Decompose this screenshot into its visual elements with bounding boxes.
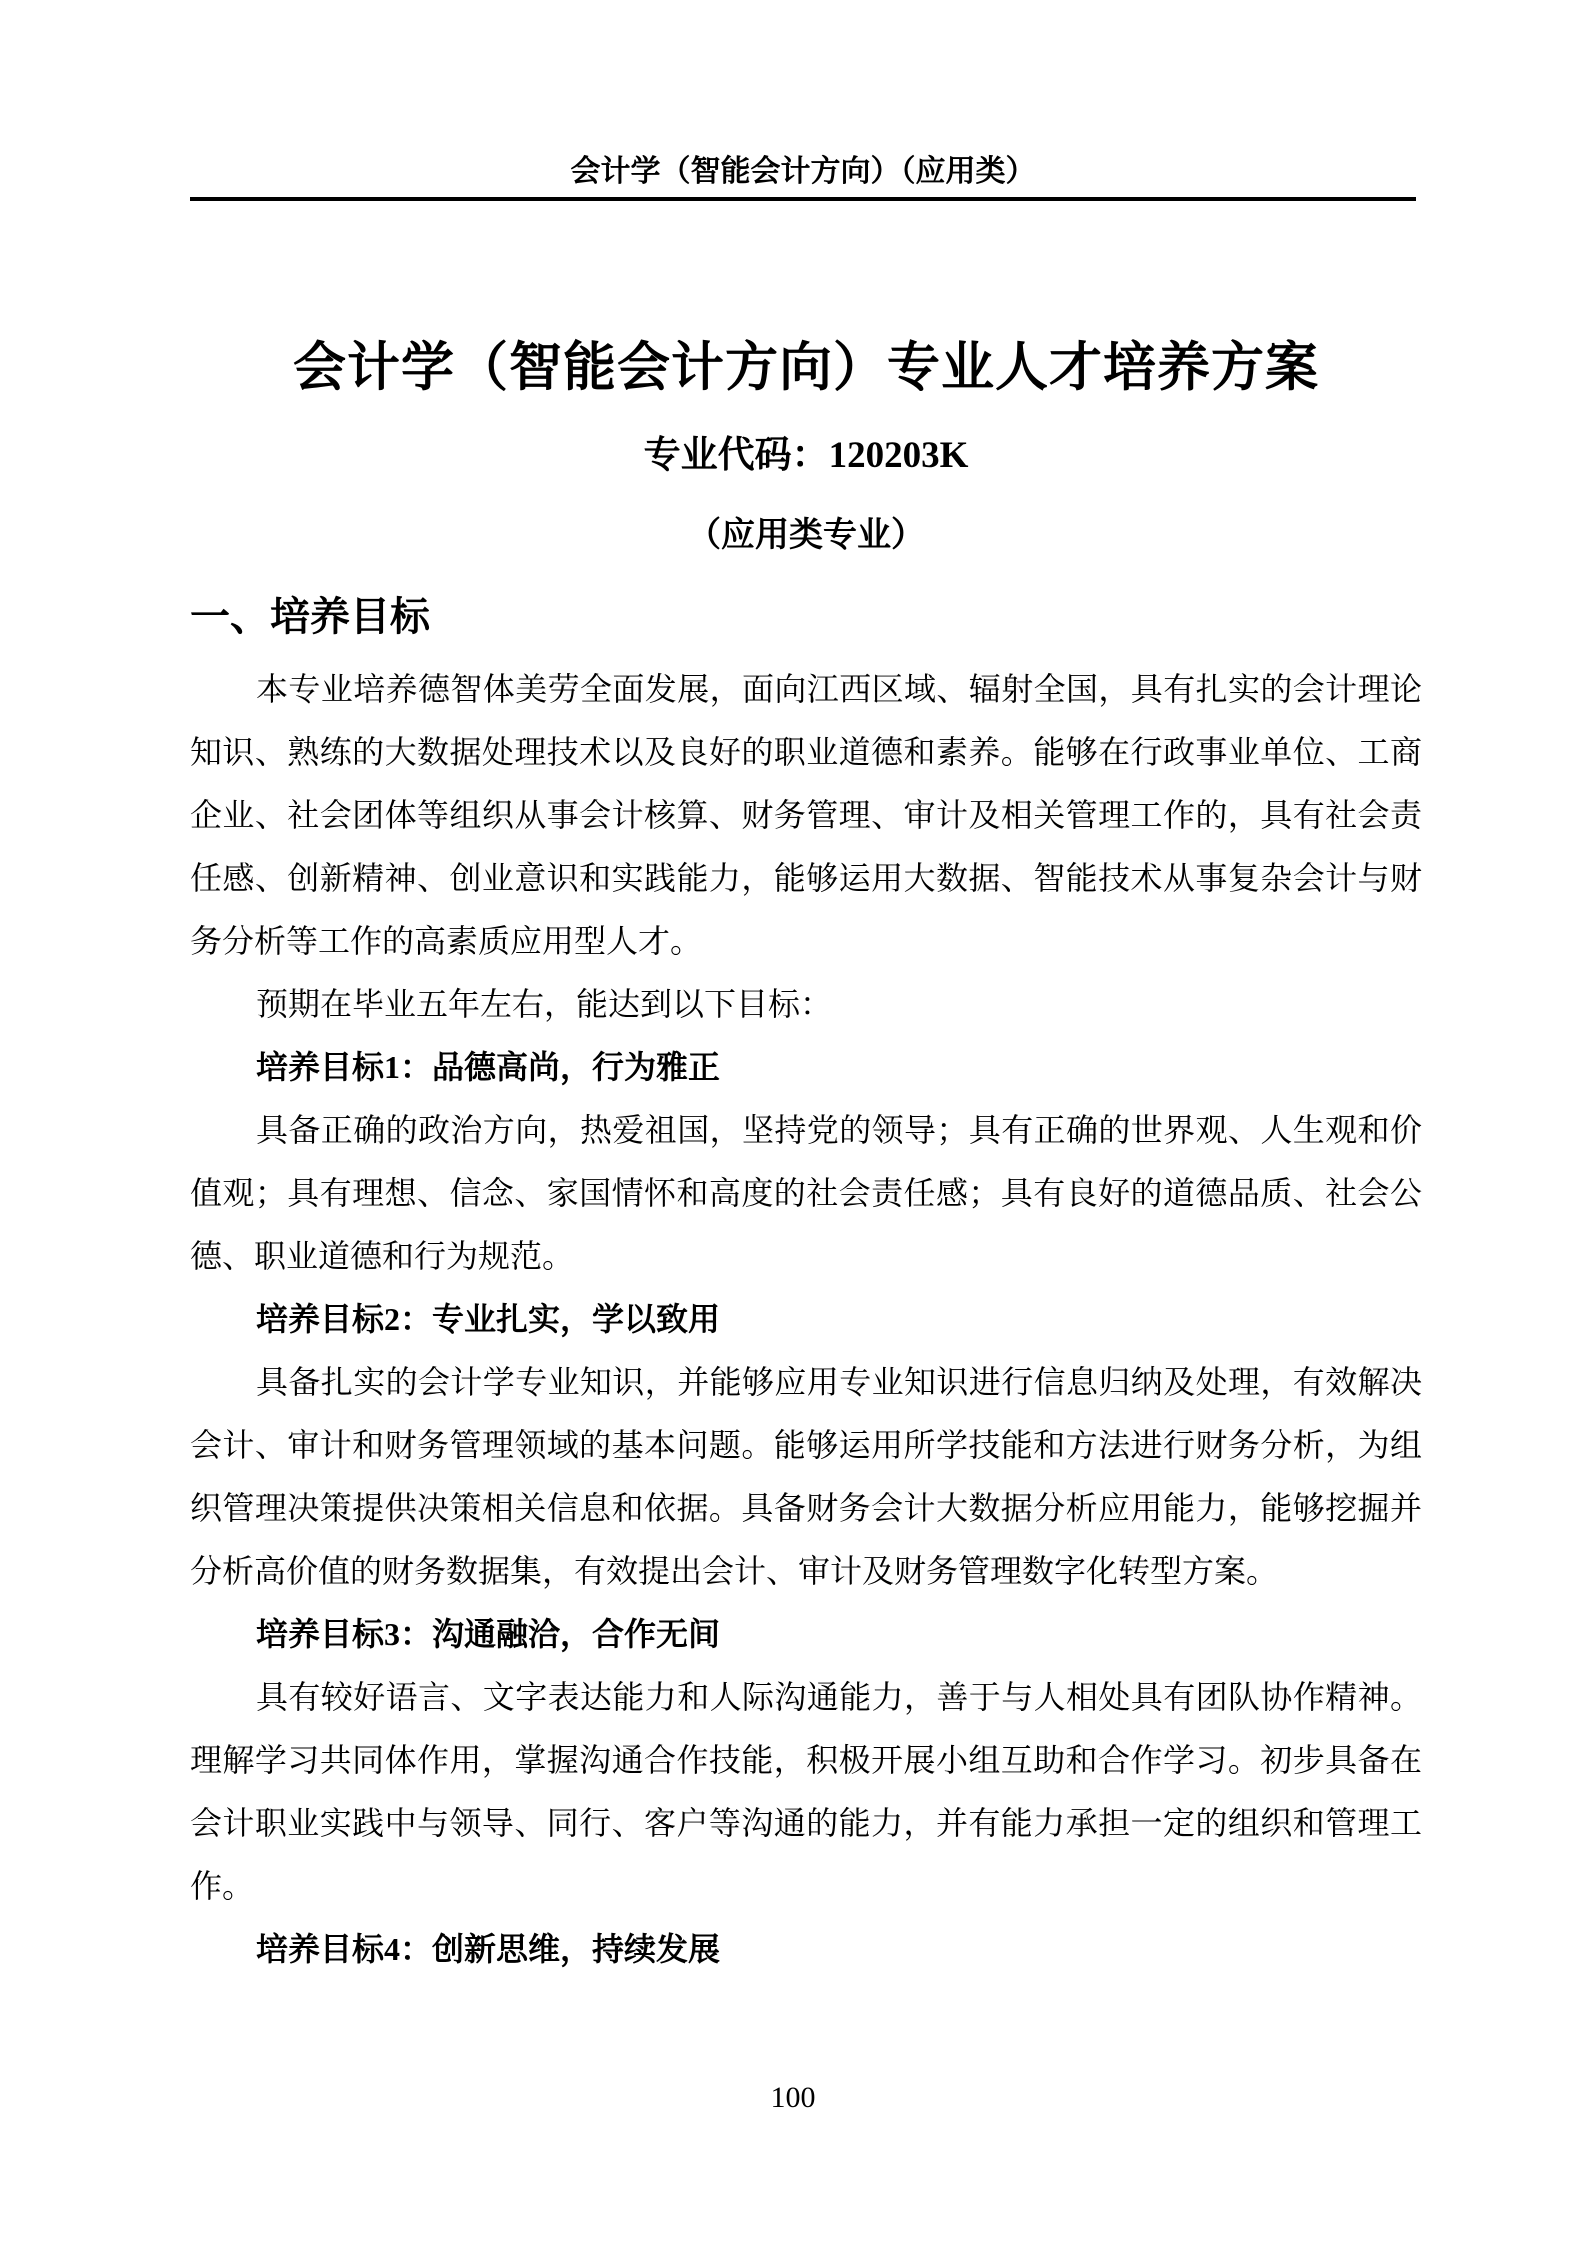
document-page: 会计学（智能会计方向）（应用类） 会计学（智能会计方向）专业人才培养方案 专业代… — [0, 0, 1586, 2245]
goal-1-body: 具备正确的政治方向，热爱祖国，坚持党的领导；具有正确的世界观、人生观和价值观；具… — [190, 1099, 1422, 1288]
page-header: 会计学（智能会计方向）（应用类） — [190, 155, 1416, 201]
header-title: 会计学（智能会计方向）（应用类） — [571, 155, 1036, 188]
intro-paragraph: 本专业培养德智体美劳全面发展，面向江西区域、辐射全国，具有扎实的会计理论知识、熟… — [190, 658, 1422, 973]
page-number: 100 — [0, 2082, 1586, 2114]
document-body: 会计学（智能会计方向）专业人才培养方案 专业代码：120203K （应用类专业）… — [190, 340, 1422, 1981]
major-code: 专业代码：120203K — [190, 434, 1422, 478]
goal-4-heading: 培养目标4：创新思维，持续发展 — [190, 1918, 1422, 1981]
goal-3-heading: 培养目标3：沟通融洽，合作无间 — [190, 1603, 1422, 1666]
goal-1-heading: 培养目标1：品德高尚，行为雅正 — [190, 1036, 1422, 1099]
section-heading-training-objectives: 一、培养目标 — [190, 594, 1422, 640]
category-label: （应用类专业） — [190, 514, 1422, 558]
goal-3-body: 具有较好语言、文字表达能力和人际沟通能力，善于与人相处具有团队协作精神。理解学习… — [190, 1666, 1422, 1918]
document-title: 会计学（智能会计方向）专业人才培养方案 — [190, 340, 1422, 396]
lead-sentence: 预期在毕业五年左右，能达到以下目标： — [190, 973, 1422, 1036]
goal-2-heading: 培养目标2：专业扎实，学以致用 — [190, 1288, 1422, 1351]
goal-2-body: 具备扎实的会计学专业知识，并能够应用专业知识进行信息归纳及处理，有效解决会计、审… — [190, 1351, 1422, 1603]
